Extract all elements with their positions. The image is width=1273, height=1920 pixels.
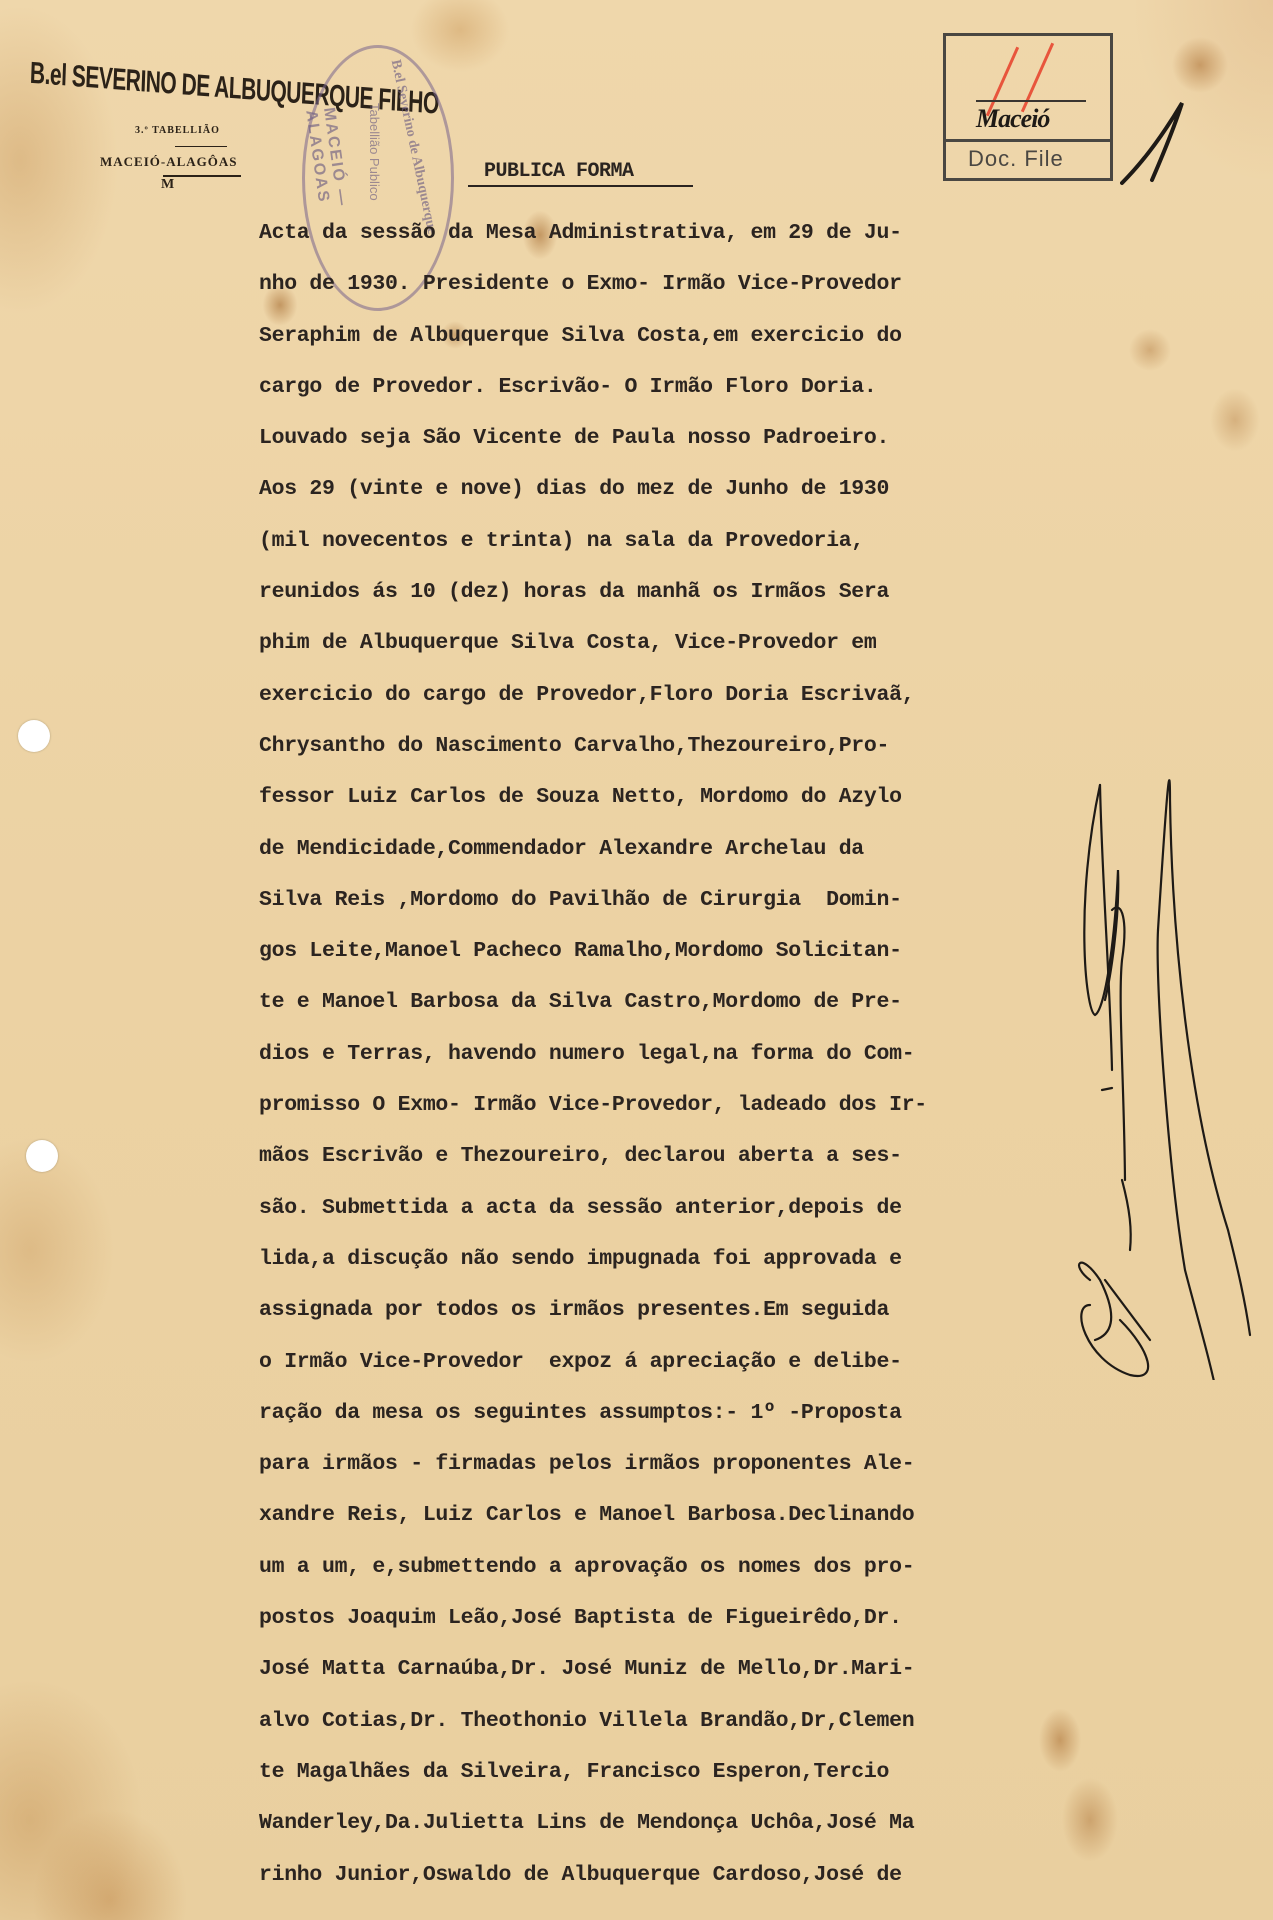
text-line: um a um, e,submettendo a aprovação os no… xyxy=(259,1542,1049,1593)
text-line: rinho Junior,Oswaldo de Albuquerque Card… xyxy=(259,1850,1049,1901)
text-line: nho de 1930. Presidente o Exmo- Irmão Vi… xyxy=(259,259,1049,310)
document-title: PUBLICA FORMA xyxy=(484,160,634,183)
letterhead-rule xyxy=(163,175,241,177)
text-line: para irmãos - firmadas pelos irmãos prop… xyxy=(259,1439,1049,1490)
text-line: lida,a discução não sendo impugnada foi … xyxy=(259,1234,1049,1285)
text-line: exercicio do cargo de Provedor,Floro Dor… xyxy=(259,670,1049,721)
text-line: dios e Terras, havendo numero legal,na f… xyxy=(259,1029,1049,1080)
text-line: o Irmão Vice-Provedor expoz á apreciação… xyxy=(259,1337,1049,1388)
text-line: promisso O Exmo- Irmão Vice-Provedor, la… xyxy=(259,1080,1049,1131)
text-line: reunidos ás 10 (dez) horas da manhã os I… xyxy=(259,567,1049,618)
text-line: mãos Escrivão e Thezoureiro, declarou ab… xyxy=(259,1131,1049,1182)
text-line: Louvado seja São Vicente de Paula nosso … xyxy=(259,413,1049,464)
stamp-handwritten-city: Maceió xyxy=(976,104,1049,134)
title-underline xyxy=(468,185,693,187)
text-line: são. Submettida a acta da sessão anterio… xyxy=(259,1183,1049,1234)
handwritten-page-number-icon xyxy=(1120,95,1190,190)
doc-file-label: Doc. File xyxy=(968,146,1064,172)
text-line: alvo Cotias,Dr. Theothonio Villela Brand… xyxy=(259,1696,1049,1747)
text-line: cargo de Provedor. Escrivão- O Irmão Flo… xyxy=(259,362,1049,413)
text-line: Silva Reis ,Mordomo do Pavilhão de Cirur… xyxy=(259,875,1049,926)
red-pencil-stroke xyxy=(1021,43,1054,113)
text-line: xandre Reis, Luiz Carlos e Manoel Barbos… xyxy=(259,1490,1049,1541)
text-line: José Matta Carnaúba,Dr. José Muniz de Me… xyxy=(259,1644,1049,1695)
notary-city: MACEIÓ-ALAGÔAS xyxy=(100,154,238,170)
notary-office: 3.º TABELLIÃO xyxy=(135,125,220,136)
text-line: (mil novecentos e trinta) na sala da Pro… xyxy=(259,516,1049,567)
punch-hole-top xyxy=(18,720,50,752)
text-line: de Mendicidade,Commendador Alexandre Arc… xyxy=(259,824,1049,875)
text-line: fessor Luiz Carlos de Souza Netto, Mordo… xyxy=(259,772,1049,823)
doc-file-stamp: Maceió Doc. File xyxy=(943,33,1113,181)
text-line: ração da mesa os seguintes assumptos:- 1… xyxy=(259,1388,1049,1439)
handwritten-signature-icon xyxy=(1060,760,1260,1380)
text-line: te Magalhães da Silveira, Francisco Espe… xyxy=(259,1747,1049,1798)
stamp-divider xyxy=(946,139,1110,142)
text-line: Chrysantho do Nascimento Carvalho,Thezou… xyxy=(259,721,1049,772)
stamp-line xyxy=(976,100,1086,102)
text-line: te e Manoel Barbosa da Silva Castro,Mord… xyxy=(259,977,1049,1028)
stamp-role-text: Tabellião Publico xyxy=(367,103,382,201)
letterhead-rule xyxy=(175,146,227,147)
text-line: Wanderley,Da.Julietta Lins de Mendonça U… xyxy=(259,1798,1049,1849)
typewritten-minutes: Acta da sessão da Mesa Administrativa, e… xyxy=(259,208,1049,1901)
text-line: postos Joaquim Leão,José Baptista de Fig… xyxy=(259,1593,1049,1644)
monogram-icon: M xyxy=(161,177,174,193)
text-line: Seraphim de Albuquerque Silva Costa,em e… xyxy=(259,311,1049,362)
text-line: gos Leite,Manoel Pacheco Ramalho,Mordomo… xyxy=(259,926,1049,977)
text-line: Acta da sessão da Mesa Administrativa, e… xyxy=(259,208,1049,259)
text-line: Aos 29 (vinte e nove) dias do mez de Jun… xyxy=(259,464,1049,515)
text-line: assignada por todos os irmãos presentes.… xyxy=(259,1285,1049,1336)
text-line: phim de Albuquerque Silva Costa, Vice-Pr… xyxy=(259,618,1049,669)
punch-hole-bottom xyxy=(26,1140,58,1172)
